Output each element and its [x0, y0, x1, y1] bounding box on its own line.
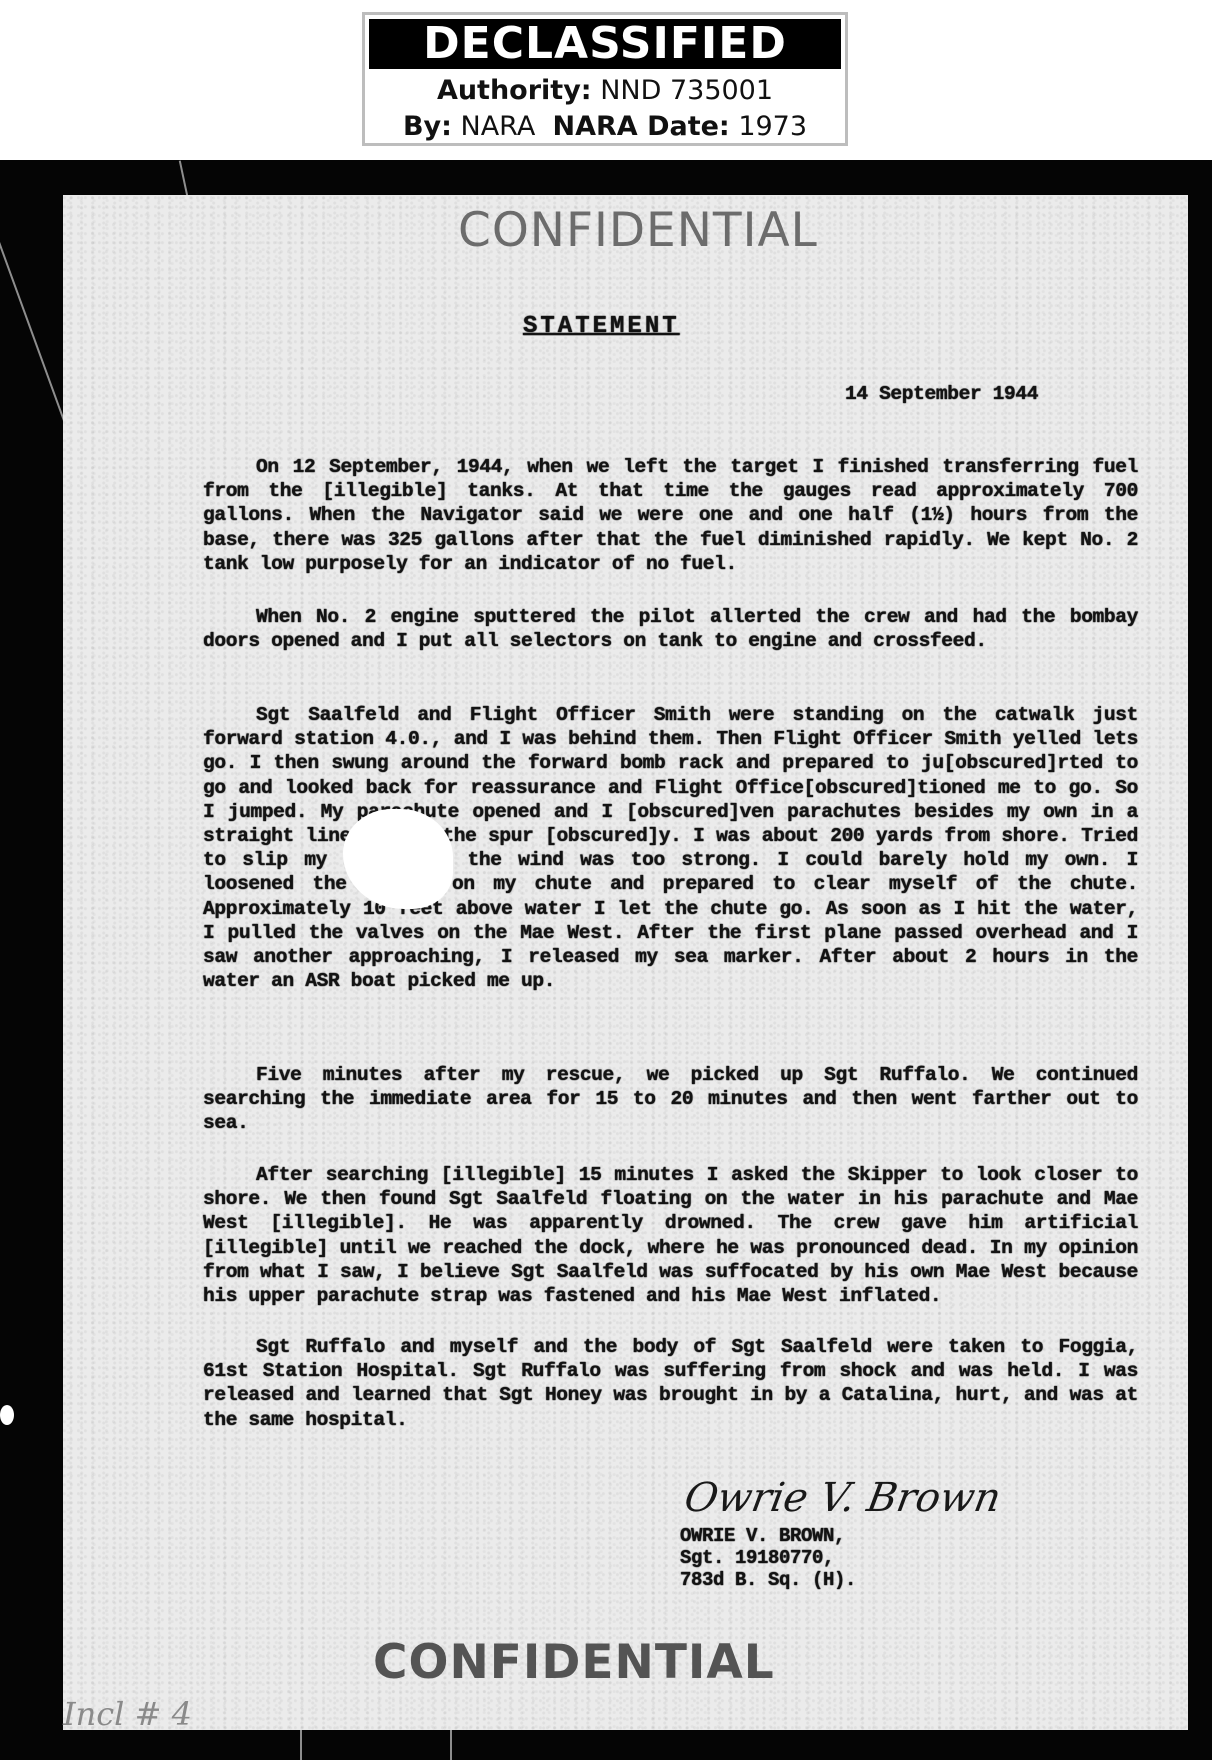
authority-value: NND 735001	[600, 75, 773, 106]
confidential-stamp-bottom: CONFIDENTIAL	[373, 1635, 775, 1690]
by-line: By: NARA NARA Date: 1973	[365, 111, 845, 142]
paragraph: Five minutes after my rescue, we picked …	[203, 1063, 1138, 1136]
declassified-banner: DECLASSIFIED	[369, 19, 841, 69]
authority-label: Authority:	[437, 75, 592, 106]
signer-name: OWRIE V. BROWN,	[680, 1525, 856, 1547]
paragraph: On 12 September, 1944, when we left the …	[203, 455, 1138, 576]
paragraph: When No. 2 engine sputtered the pilot al…	[203, 605, 1138, 653]
punch-hole	[0, 1405, 14, 1425]
film-scratch	[300, 1730, 302, 1760]
paragraph: After searching [illegible] 15 minutes I…	[203, 1163, 1138, 1308]
margin-note: Incl # 4	[63, 1695, 192, 1733]
document-page: CONFIDENTIAL STATEMENT 14 September 1944…	[63, 195, 1188, 1730]
document-title: STATEMENT	[523, 315, 680, 339]
authority-line: Authority: NND 735001	[365, 75, 845, 106]
signature-block: OWRIE V. BROWN, Sgt. 19180770, 783d B. S…	[680, 1525, 856, 1591]
handwritten-signature: Owrie V. Brown	[681, 1475, 1004, 1521]
nara-date-label: NARA Date:	[553, 111, 730, 142]
by-label: By:	[403, 111, 452, 142]
confidential-stamp-top: CONFIDENTIAL	[458, 203, 818, 258]
document-date: 14 September 1944	[845, 382, 1038, 406]
film-scratch	[450, 1725, 452, 1760]
paragraph: Sgt Ruffalo and myself and the body of S…	[203, 1335, 1138, 1432]
scan-frame: CONFIDENTIAL STATEMENT 14 September 1944…	[0, 160, 1212, 1760]
signer-rank-serial: Sgt. 19180770,	[680, 1547, 856, 1569]
declassification-stamp: DECLASSIFIED Authority: NND 735001 By: N…	[362, 12, 848, 146]
nara-date-value: 1973	[738, 111, 807, 142]
signer-unit: 783d B. Sq. (H).	[680, 1569, 856, 1591]
by-value: NARA	[461, 111, 536, 142]
